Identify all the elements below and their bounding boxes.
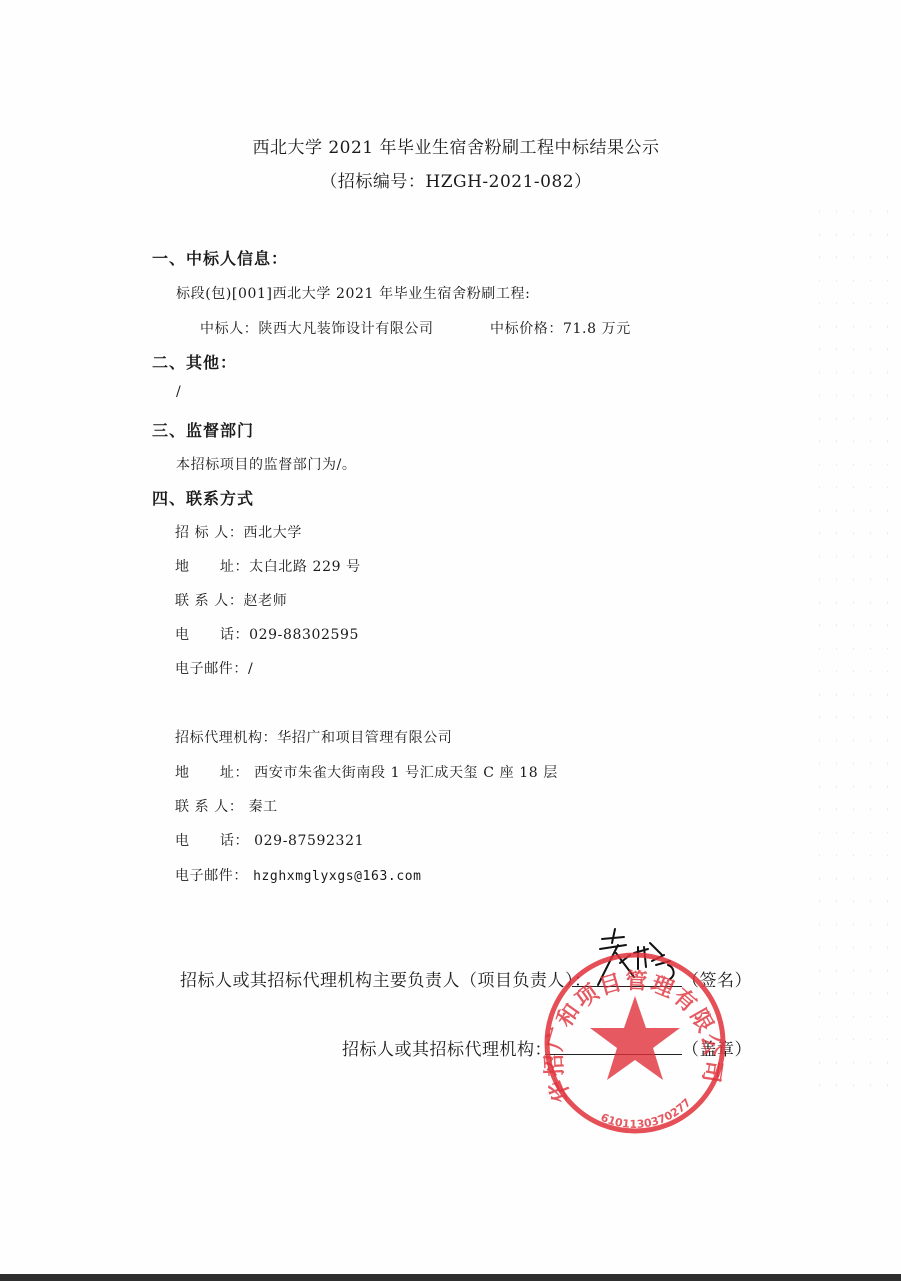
- agency-email-label: 电子邮件：: [175, 868, 248, 884]
- tenderer-phone-value: 029-88302595: [249, 627, 359, 643]
- other-content: /: [176, 384, 181, 400]
- agency-email-value: hzghxmglyxgs@163.com: [253, 869, 422, 884]
- agency-phone-row: 电 话： 029-87592321: [175, 830, 364, 850]
- tenderer-name-label: 招 标 人：: [175, 525, 244, 541]
- lot-description: 标段(包)[001]西北大学 2021 年毕业生宿舍粉刷工程:: [176, 283, 530, 303]
- tenderer-email-row: 电子邮件：/: [175, 658, 253, 678]
- winner-label: 中标人：: [200, 321, 258, 337]
- section-heading-contact: 四、联系方式: [152, 486, 254, 509]
- tenderer-name-row: 招 标 人：西北大学: [175, 522, 302, 542]
- scanner-edge-bar: [0, 1274, 901, 1281]
- agency-address-row: 地 址： 西安市朱雀大街南段 1 号汇成天玺 C 座 18 层: [175, 762, 558, 782]
- tenderer-email-label: 电子邮件：: [175, 661, 248, 677]
- agency-name-label: 招标代理机构：: [175, 730, 277, 746]
- stamp-number: 6101130370277: [599, 1096, 694, 1131]
- agency-address-value: 西安市朱雀大街南段 1 号汇成天玺 C 座 18 层: [254, 765, 558, 781]
- tenderer-contact-value: 赵老师: [244, 593, 288, 609]
- winner-row: 中标人：陕西大凡装饰设计有限公司: [200, 318, 434, 338]
- tenderer-address-value: 太白北路 229 号: [249, 559, 361, 575]
- svg-text:6101130370277: 6101130370277: [599, 1096, 694, 1131]
- tenderer-contact-label: 联 系 人：: [175, 593, 244, 609]
- price-row: 中标价格：71.8 万元: [490, 318, 631, 338]
- agency-phone-label: 电 话：: [175, 833, 249, 849]
- agency-phone-value: 029-87592321: [254, 833, 364, 849]
- agency-contact-row: 联 系 人： 秦工: [175, 796, 278, 816]
- document-page: 西北大学 2021 年毕业生宿舍粉刷工程中标结果公示 （招标编号：HZGH-20…: [0, 0, 901, 1274]
- section-heading-supervision: 三、监督部门: [152, 418, 254, 441]
- agency-contact-label: 联 系 人：: [175, 799, 244, 815]
- tenderer-contact-row: 联 系 人：赵老师: [175, 590, 287, 610]
- seal-label: 招标人或其招标代理机构：: [342, 1035, 552, 1060]
- tender-number: （招标编号：HZGH-2021-082）: [0, 167, 901, 192]
- tenderer-address-row: 地 址：太白北路 229 号: [175, 556, 361, 576]
- agency-name-row: 招标代理机构：华招广和项目管理有限公司: [175, 727, 452, 747]
- tenderer-address-label: 地 址：: [175, 559, 249, 575]
- scan-noise: [811, 200, 891, 1100]
- responsible-person-label: 招标人或其招标代理机构主要负责人（项目负责人）：: [180, 966, 592, 991]
- agency-address-label: 地 址：: [175, 765, 249, 781]
- document-title: 西北大学 2021 年毕业生宿舍粉刷工程中标结果公示: [0, 133, 901, 158]
- supervision-content: 本招标项目的监督部门为/。: [176, 454, 357, 474]
- tenderer-email-value: /: [248, 661, 253, 677]
- company-stamp-icon: 华招广和项目管理有限公司 6101130370277: [540, 948, 730, 1138]
- tenderer-phone-label: 电 话：: [175, 627, 249, 643]
- agency-name-value: 华招广和项目管理有限公司: [277, 730, 452, 746]
- agency-email-row: 电子邮件： hzghxmglyxgs@163.com: [175, 865, 422, 885]
- winner-value: 陕西大凡装饰设计有限公司: [258, 321, 433, 337]
- section-heading-other: 二、其他：: [152, 350, 237, 373]
- price-value: 71.8 万元: [563, 321, 631, 337]
- agency-contact-value: 秦工: [249, 799, 278, 815]
- price-label: 中标价格：: [490, 321, 563, 337]
- star-icon: [590, 996, 680, 1080]
- section-heading-winner: 一、中标人信息：: [152, 246, 288, 269]
- tenderer-name-value: 西北大学: [244, 525, 302, 541]
- tenderer-phone-row: 电 话：029-88302595: [175, 624, 359, 644]
